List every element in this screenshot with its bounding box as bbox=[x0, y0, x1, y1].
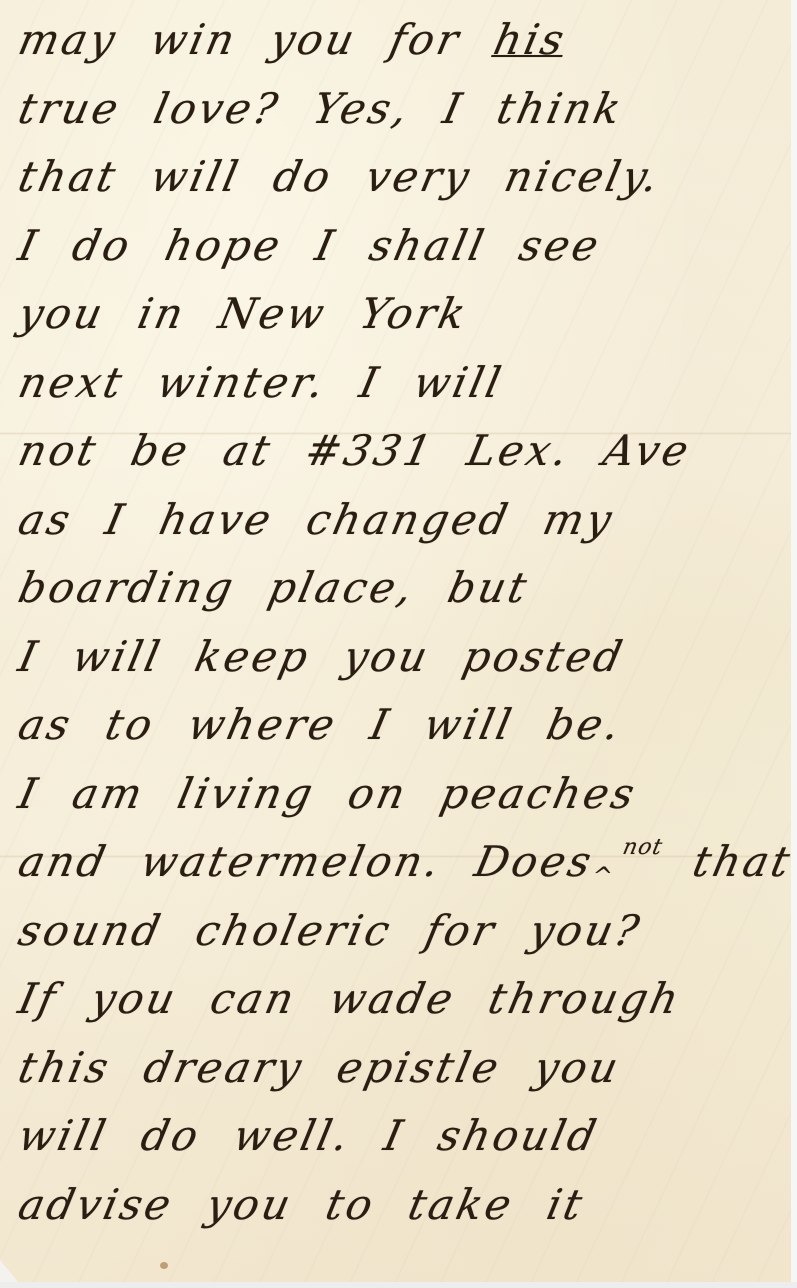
line-text: I do hope I shall see bbox=[14, 221, 605, 270]
line-text: sound choleric for you? bbox=[14, 906, 646, 955]
text-line-13: and watermelon. Does^not that bbox=[12, 828, 797, 897]
line-text: advise you to take it bbox=[14, 1180, 589, 1229]
text-line-10: I will keep you posted bbox=[12, 623, 797, 692]
line-text: may win you for bbox=[14, 15, 500, 64]
letter-page: may win you for his true love? Yes, I th… bbox=[0, 0, 791, 1282]
underlined-word: his bbox=[490, 15, 571, 64]
line-text: you in New York bbox=[14, 289, 472, 338]
line-text: this dreary epistle you bbox=[14, 1043, 625, 1092]
line-text: next winter. I will bbox=[14, 358, 508, 407]
text-line-9: boarding place, but bbox=[12, 554, 797, 623]
scan-border-bottom bbox=[0, 1282, 797, 1288]
text-line-17: will do well. I should bbox=[12, 1102, 797, 1171]
text-line-8: as I have changed my bbox=[12, 486, 797, 555]
line-text: as to where I will be. bbox=[14, 700, 627, 749]
line-text: and watermelon. Does bbox=[14, 837, 598, 886]
line-text: not be at #331 Lex. Ave bbox=[14, 426, 695, 475]
text-line-3: that will do very nicely. bbox=[12, 143, 797, 212]
text-line-2: true love? Yes, I think bbox=[12, 75, 797, 144]
line-text: that will do very nicely. bbox=[14, 152, 665, 201]
line-text: If you can wade through bbox=[14, 974, 686, 1023]
text-line-15: If you can wade through bbox=[12, 965, 797, 1034]
line-text: I will keep you posted bbox=[14, 632, 629, 681]
inserted-word: not bbox=[621, 835, 666, 860]
text-line-16: this dreary epistle you bbox=[12, 1034, 797, 1103]
text-line-6: next winter. I will bbox=[12, 349, 797, 418]
text-line-7: not be at #331 Lex. Ave bbox=[12, 417, 797, 486]
line-text: that bbox=[689, 837, 797, 886]
line-text: I am living on peaches bbox=[14, 769, 641, 818]
line-text: boarding place, but bbox=[14, 563, 534, 612]
line-text: will do well. I should bbox=[14, 1111, 603, 1160]
handwritten-text: may win you for his true love? Yes, I th… bbox=[12, 6, 787, 1239]
text-line-12: I am living on peaches bbox=[12, 760, 797, 829]
text-line-14: sound choleric for you? bbox=[12, 897, 797, 966]
line-text: as I have changed my bbox=[14, 495, 619, 544]
text-line-11: as to where I will be. bbox=[12, 691, 797, 760]
line-text: true love? Yes, I think bbox=[14, 84, 628, 133]
text-line-18: advise you to take it bbox=[12, 1171, 797, 1240]
scan-border-right bbox=[791, 0, 797, 1288]
text-line-4: I do hope I shall see bbox=[12, 212, 797, 281]
ink-stain bbox=[160, 1262, 168, 1269]
insertion-caret: ^ bbox=[589, 862, 618, 890]
text-line-1: may win you for his bbox=[12, 6, 797, 75]
text-line-5: you in New York bbox=[12, 280, 797, 349]
